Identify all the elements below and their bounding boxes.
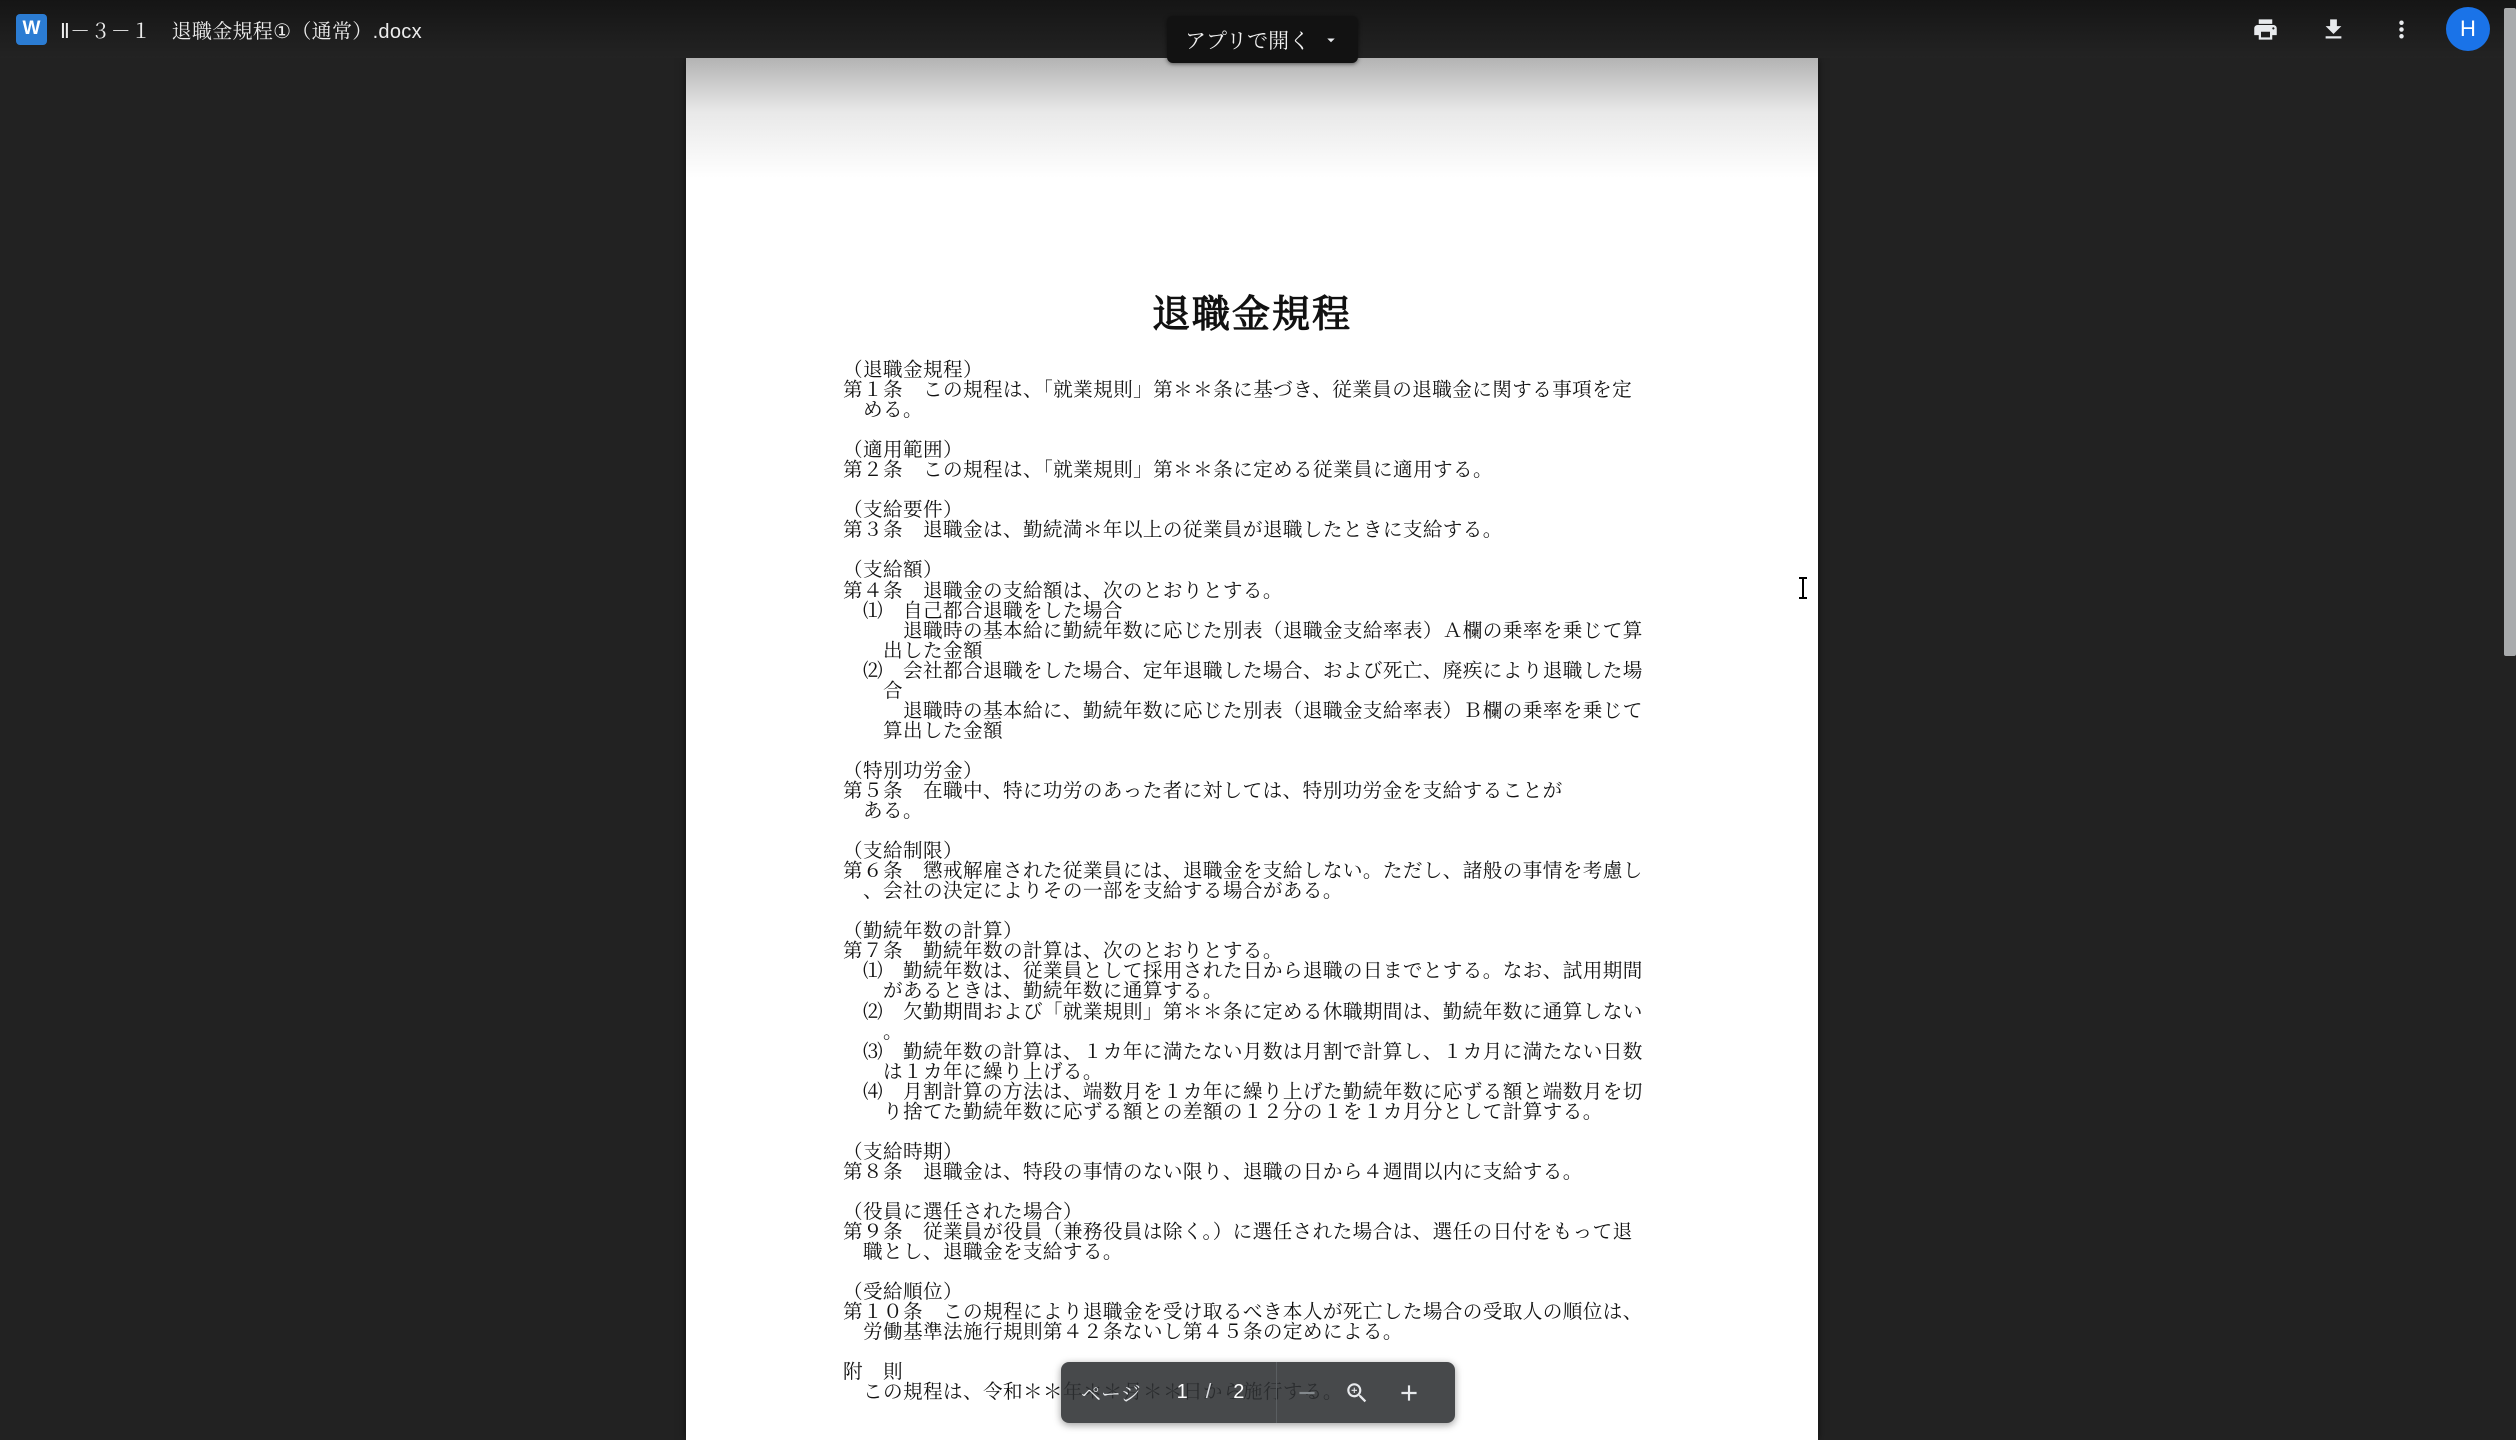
- zoom-tool-button[interactable]: [1335, 1371, 1379, 1415]
- file-title: Ⅱ－３－１ 退職金規程①（通常）.docx: [60, 15, 422, 44]
- document-line: 合: [843, 682, 1703, 702]
- document-line: 職とし、退職金を支給する。: [843, 1243, 1703, 1263]
- avatar-letter: H: [2460, 16, 2476, 42]
- file-info: W Ⅱ－３－１ 退職金規程①（通常）.docx: [16, 0, 422, 58]
- document-line: （支給時期）: [843, 1143, 1703, 1163]
- word-file-icon-letter: W: [23, 18, 41, 40]
- document-line: ⑵ 欠勤期間および「就業規則」第＊＊条に定める休職期間は、勤続年数に通算しない: [843, 1003, 1703, 1023]
- document-line: 労働基準法施行規則第４２条ないし第４５条の定めによる。: [843, 1323, 1703, 1343]
- document-line: [843, 1183, 1703, 1203]
- more-options-button[interactable]: [2378, 6, 2424, 52]
- current-page-value[interactable]: 1: [1177, 1381, 1188, 1404]
- document-line: [843, 541, 1703, 561]
- document-line: める。: [843, 401, 1703, 421]
- document-line: 出した金額: [843, 642, 1703, 662]
- document-line: 退職時の基本給に、勤続年数に応じた別表（退職金支給率表）Ｂ欄の乗率を乗じて: [843, 702, 1703, 722]
- document-line: （適用範囲）: [843, 441, 1703, 461]
- document-line: ⑷ 月割計算の方法は、端数月を１カ年に繰り上げた勤続年数に応ずる額と端数月を切: [843, 1083, 1703, 1103]
- document-line: 。: [843, 1023, 1703, 1043]
- document-line: ⑶ 勤続年数の計算は、１カ年に満たない月数は月割で計算し、１カ月に満たない日数: [843, 1043, 1703, 1063]
- document-line: （特別功労金）: [843, 762, 1703, 782]
- plus-icon: [1396, 1380, 1422, 1406]
- document-title: 退職金規程: [686, 283, 1818, 338]
- document-line: 第３条 退職金は、勤続満＊年以上の従業員が退職したときに支給する。: [843, 521, 1703, 541]
- document-line: 第８条 退職金は、特段の事情のない限り、退職の日から４週間以内に支給する。: [843, 1163, 1703, 1183]
- document-line: [843, 902, 1703, 922]
- document-body[interactable]: （退職金規程）第１条 この規程は、「就業規則」第＊＊条に基づき、従業員の退職金に…: [843, 361, 1703, 1403]
- document-line: 第９条 従業員が役員（兼務役員は除く。）に選任された場合は、選任の日付をもって退: [843, 1223, 1703, 1243]
- document-line: （支給制限）: [843, 842, 1703, 862]
- print-button[interactable]: [2242, 6, 2288, 52]
- top-actions: H: [2242, 0, 2490, 58]
- page-separator: /: [1206, 1381, 1212, 1404]
- text-cursor: [1799, 575, 1807, 601]
- document-line: （役員に選任された場合）: [843, 1203, 1703, 1223]
- document-line: （退職金規程）: [843, 361, 1703, 381]
- document-line: 第１０条 この規程により退職金を受け取るべき本人が死亡した場合の受取人の順位は、: [843, 1303, 1703, 1323]
- open-with-label: アプリで開く: [1185, 25, 1310, 55]
- document-line: [843, 1263, 1703, 1283]
- minus-icon: [1294, 1380, 1320, 1406]
- document-line: [843, 742, 1703, 762]
- viewer-canvas: 退職金規程 （退職金規程）第１条 この規程は、「就業規則」第＊＊条に基づき、従業…: [0, 58, 2516, 1440]
- page-label: ページ: [1081, 1378, 1141, 1407]
- document-line: [843, 1123, 1703, 1143]
- document-line: 第４条 退職金の支給額は、次のとおりとする。: [843, 582, 1703, 602]
- print-icon: [2252, 16, 2279, 43]
- account-avatar[interactable]: H: [2446, 7, 2490, 51]
- toolbar-divider: [1276, 1362, 1277, 1423]
- document-line: [843, 481, 1703, 501]
- document-line: [843, 822, 1703, 842]
- open-with-button[interactable]: アプリで開く: [1167, 16, 1358, 63]
- word-file-icon: W: [16, 14, 47, 45]
- document-line: り捨てた勤続年数に応ずる額との差額の１２分の１を１カ月分として計算する。: [843, 1103, 1703, 1123]
- document-line: 算出した金額: [843, 722, 1703, 742]
- document-line: 第６条 懲戒解雇された従業員には、退職金を支給しない。ただし、諸般の事情を考慮し: [843, 862, 1703, 882]
- total-pages-value: 2: [1233, 1381, 1244, 1404]
- document-line: （支給要件）: [843, 501, 1703, 521]
- document-line: は１カ年に繰り上げる。: [843, 1063, 1703, 1083]
- chevron-down-icon: [1322, 31, 1340, 49]
- document-line: ⑴ 自己都合退職をした場合: [843, 602, 1703, 622]
- document-line: （支給額）: [843, 561, 1703, 581]
- document-line: 第１条 この規程は、「就業規則」第＊＊条に基づき、従業員の退職金に関する事項を定: [843, 381, 1703, 401]
- document-line: ⑵ 会社都合退職をした場合、定年退職した場合、および死亡、廃疾により退職した場: [843, 662, 1703, 682]
- more-vert-icon: [2388, 16, 2415, 43]
- vertical-scrollbar-thumb[interactable]: [2504, 8, 2516, 656]
- document-line: [843, 1343, 1703, 1363]
- document-line: ⑴ 勤続年数は、従業員として採用された日から退職の日までとする。なお、試用期間: [843, 962, 1703, 982]
- document-line: [843, 421, 1703, 441]
- document-line: ある。: [843, 802, 1703, 822]
- document-line: 第２条 この規程は、「就業規則」第＊＊条に定める従業員に適用する。: [843, 461, 1703, 481]
- document-line: 、会社の決定によりその一部を支給する場合がある。: [843, 882, 1703, 902]
- topbar: W Ⅱ－３－１ 退職金規程①（通常）.docx アプリで開く H: [0, 0, 2516, 58]
- page-toolbar: ページ 1 / 2: [1061, 1362, 1455, 1423]
- download-icon: [2320, 16, 2347, 43]
- document-line: （受給順位）: [843, 1283, 1703, 1303]
- document-line: 第５条 在職中、特に功労のあった者に対しては、特別功労金を支給することが: [843, 782, 1703, 802]
- document-line: 退職時の基本給に勤続年数に応じた別表（退職金支給率表）Ａ欄の乗率を乗じて算: [843, 622, 1703, 642]
- download-button[interactable]: [2310, 6, 2356, 52]
- zoom-in-button[interactable]: [1387, 1371, 1431, 1415]
- document-line: 第７条 勤続年数の計算は、次のとおりとする。: [843, 942, 1703, 962]
- zoom-out-button[interactable]: [1285, 1371, 1329, 1415]
- document-page: 退職金規程 （退職金規程）第１条 この規程は、「就業規則」第＊＊条に基づき、従業…: [686, 58, 1818, 1440]
- magnifier-plus-icon: [1344, 1380, 1370, 1406]
- document-line: （勤続年数の計算）: [843, 922, 1703, 942]
- document-line: があるときは、勤続年数に通算する。: [843, 982, 1703, 1002]
